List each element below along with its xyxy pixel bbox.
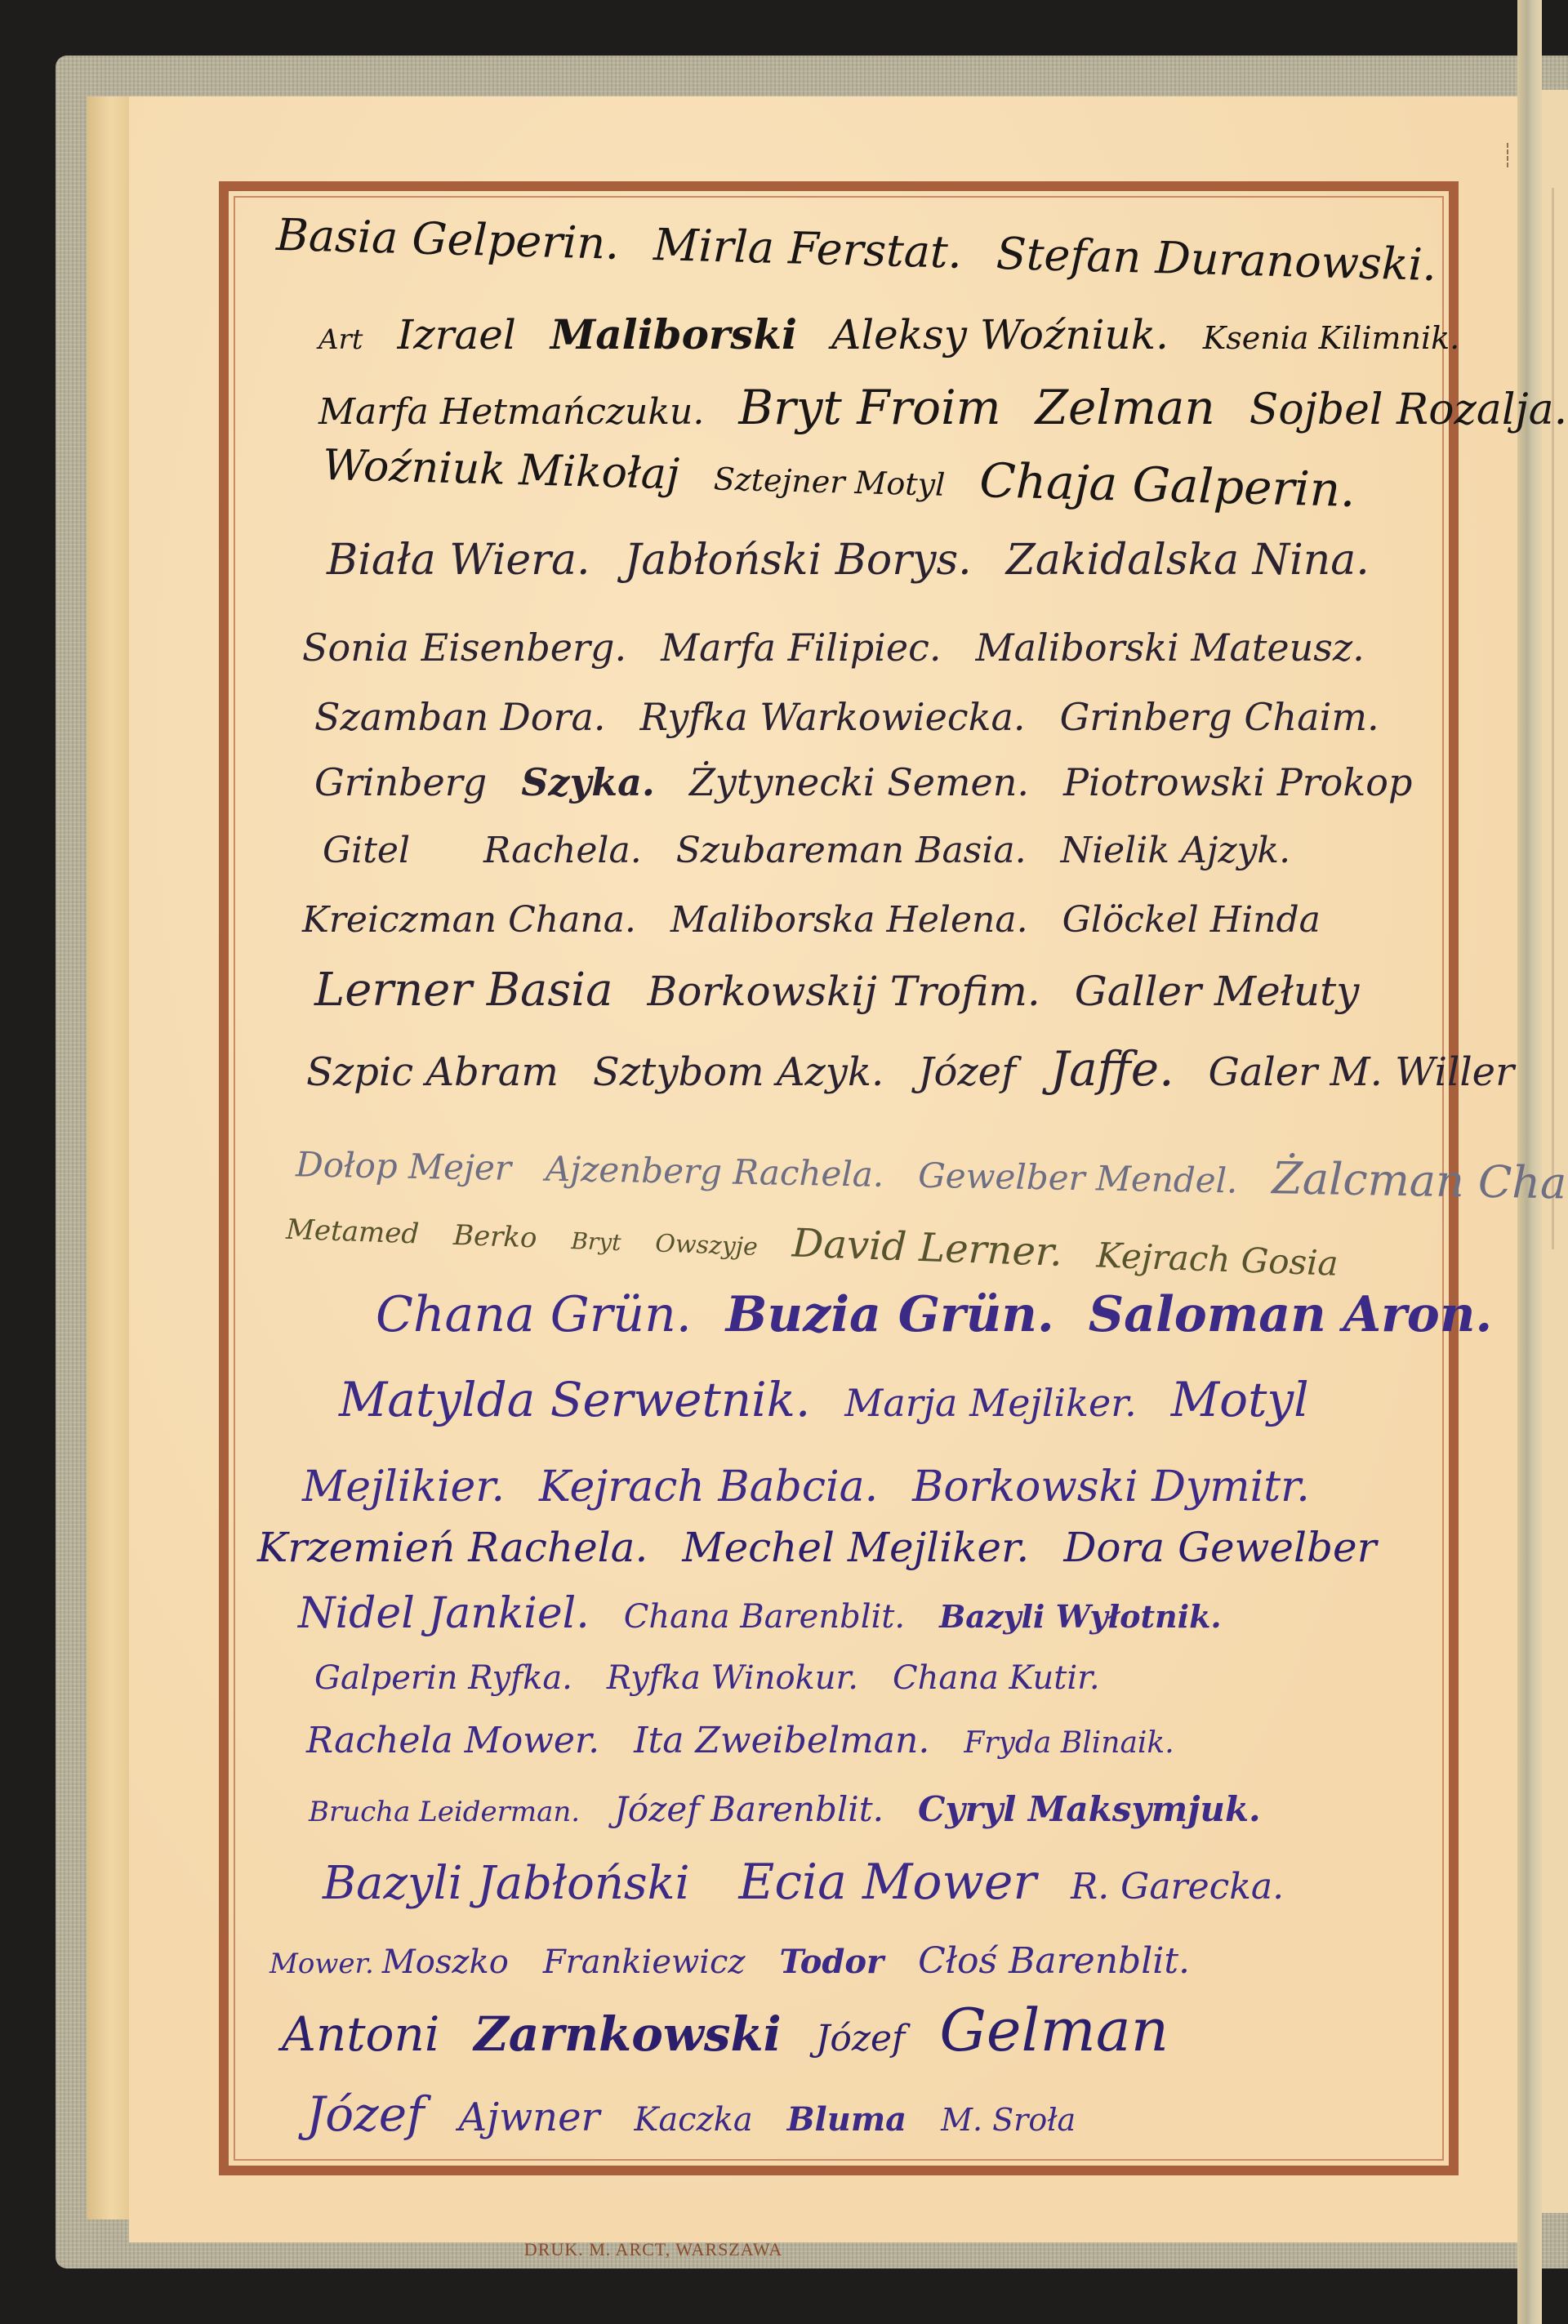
signature: Mechel Mejliker. (682, 1527, 1029, 1568)
signature: Bluma (787, 2104, 906, 2136)
signature: Grinberg (314, 764, 487, 801)
signature: Maliborski (550, 314, 797, 355)
signature-line-16: Matylda Serwetnik.Marja Mejliker.Motyl (339, 1376, 1343, 1423)
signature: Grinberg Chaim. (1060, 698, 1379, 736)
signature-line-10: Kreiczman Chana.Maliborska Helena.Glöcke… (302, 902, 1355, 938)
signature: Cłoś Barenblit. (918, 1943, 1190, 1979)
signature: Bazyli Wyłotnik. (939, 1601, 1222, 1632)
signature: Sojbel Rozalja. (1249, 389, 1567, 431)
signature: Chana Kutir. (893, 1662, 1100, 1694)
signature-line-3: Marfa Hetmańczuku.Bryt FroimZelmanSojbel… (318, 384, 1568, 431)
signature: Jabłoński Borys. (625, 539, 972, 581)
pencil-mark (1507, 143, 1513, 167)
signature-line-7: Szamban Dora.Ryfka Warkowiecka.Grinberg … (314, 698, 1414, 736)
signature: Żytynecki Semen. (689, 764, 1029, 801)
signature: R. Garecka. (1071, 1869, 1284, 1905)
signature: Glöckel Hinda (1062, 902, 1321, 938)
signature-line-12: Szpic AbramSztybom Azyk.JózefJaffe.Galer… (306, 1045, 1548, 1093)
signature: Ryfka Warkowiecka. (640, 698, 1026, 736)
signature-line-5: Biała Wiera.Jabłoński Borys.Zakidalska N… (327, 539, 1404, 581)
signature: Szamban Dora. (314, 698, 606, 736)
signature-line-23: Bazyli JabłońskiEcia MowerR. Garecka. (323, 1858, 1318, 1907)
signature: Żalcman Chaim. (1272, 1156, 1568, 1207)
signature: Bazyli Jabłoński (323, 1861, 690, 1907)
signature: M. Sroła (941, 2104, 1076, 2135)
signature: Zakidalska Nina. (1006, 539, 1370, 581)
signature: Aleksy Woźniuk. (831, 314, 1169, 355)
signature-line-20: Galperin Ryfka.Ryfka Winokur.Chana Kutir… (314, 1662, 1134, 1694)
signature: Mejlikier. (302, 1466, 505, 1508)
signature: Izrael (397, 314, 515, 355)
signature: Saloman Aron. (1089, 1290, 1493, 1339)
signature-line-24: Mower.MoszkoFrankiewiczTodorCłoś Barenbl… (269, 1943, 1224, 1979)
signature: Todor (780, 1946, 884, 1979)
signature: Józef (918, 1053, 1016, 1092)
signature: Antoni (282, 2010, 439, 2058)
signature: David Lerner. (791, 1223, 1063, 1272)
signature: Piotrowski Prokop (1063, 764, 1412, 801)
signature-line-8: GrinbergSzyka.Żytynecki Semen.Piotrowski… (314, 764, 1446, 801)
signature: Ajzenberg Rachela. (546, 1152, 884, 1192)
signature: Józef (306, 2090, 425, 2138)
signature: Ksenia Kilimnik. (1203, 323, 1459, 354)
signature-line-22: Brucha Leiderman.Józef Barenblit.Cyryl M… (309, 1792, 1295, 1827)
signature-line-26: JózefAjwnerKaczkaBlumaM. Sroła (306, 2090, 1110, 2138)
signature: Chana Grün. (376, 1290, 692, 1339)
signature: Maliborska Helena. (670, 902, 1028, 938)
signature: Fryda Blinaik. (964, 1729, 1174, 1758)
signature-line-2: ArtIzraelMaliborskiAleksy Woźniuk.Ksenia… (318, 314, 1494, 355)
signature: Maliborski Mateusz. (975, 629, 1364, 666)
signature: Sztybom Azyk. (593, 1053, 884, 1092)
signature: Cyryl Maksymjuk. (918, 1792, 1261, 1827)
signature: Chana Barenblit. (624, 1601, 905, 1633)
signature: Józef Barenblit. (614, 1792, 884, 1827)
signature-line-21: Rachela Mower.Ita Zweibelman.Fryda Blina… (306, 1723, 1209, 1759)
signature: Buzia Grün. (726, 1290, 1054, 1339)
signature-line-9: GitelRachela.Szubareman Basia.Nielik Ajz… (323, 833, 1325, 869)
signature-line-19: Nidel Jankiel.Chana Barenblit.Bazyli Wył… (298, 1592, 1256, 1635)
signature: Marja Mejliker. (844, 1384, 1137, 1422)
signature: Mirla Ferstat. (653, 223, 963, 275)
signature: Kaczka (634, 2104, 752, 2136)
signature: Ecia Mower (739, 1858, 1037, 1907)
signature: Kreiczman Chana. (302, 902, 636, 938)
signature: Nidel Jankiel. (298, 1592, 590, 1635)
signature: Szyka. (521, 764, 655, 801)
signature-line-15: Chana Grün.Buzia Grün.Saloman Aron. (376, 1290, 1526, 1339)
signature: Zelman (1036, 384, 1215, 431)
signature: Biała Wiera. (327, 539, 590, 581)
signature: Ryfka Winokur. (607, 1662, 858, 1694)
signature: Mower. (269, 1950, 374, 1978)
signature: Ita Zweibelman. (634, 1723, 929, 1759)
signature: Szpic Abram (306, 1053, 559, 1092)
signature: Szubareman Basia. (676, 833, 1027, 869)
signature: Chaja Galperin. (979, 456, 1356, 514)
signature: Matylda Serwetnik. (339, 1376, 810, 1423)
next-page-decoration (1552, 188, 1568, 1249)
signature: Frankiewicz (543, 1946, 746, 1979)
signature: Galperin Ryfka. (314, 1662, 572, 1694)
signature: Gewelber Mendel. (918, 1159, 1238, 1199)
signature-line-11: Lerner BasiaBorkowskij Trofim.Galler Meł… (314, 968, 1393, 1013)
signature: Marfa Filipiec. (661, 629, 941, 666)
signature: Galler Mełuty (1075, 971, 1360, 1012)
signature: Lerner Basia (314, 968, 612, 1013)
signature: Stefan Duranowski. (996, 232, 1437, 287)
signature: Moszko (382, 1946, 509, 1979)
signature: Gitel (323, 833, 410, 869)
signature: Rachela Mower. (306, 1723, 599, 1759)
signature: Jaffe. (1050, 1045, 1174, 1093)
printer-mark: DRUK. M. ARCT, WARSZAWA (0, 2239, 1437, 2260)
signature: Ajwner (459, 2098, 600, 2137)
signature-line-17: Mejlikier.Kejrach Babcia.Borkowski Dymit… (302, 1466, 1344, 1508)
signature: Dora Gewelber (1063, 1527, 1376, 1568)
signature: Borkowskij Trofim. (647, 971, 1040, 1012)
signature: Gelman (939, 2001, 1169, 2059)
signature: Sonia Eisenberg. (302, 629, 626, 666)
signature: Nielik Ajzyk. (1061, 833, 1291, 869)
signature: Zarnkowski (474, 2010, 781, 2058)
signature: Krzemień Rachela. (257, 1527, 648, 1568)
signature: Dołop Mejer (296, 1147, 512, 1186)
signature: Kejrach Babcia. (539, 1466, 878, 1508)
signature: Kejrach Gosia (1096, 1238, 1339, 1280)
signature: Art (318, 326, 363, 354)
signature: Berko (453, 1222, 538, 1253)
signature: Motyl (1171, 1376, 1309, 1423)
signature: Bryt Froim (738, 384, 1000, 431)
signature: Marfa Hetmańczuku. (318, 394, 704, 430)
signature: Brucha Leiderman. (309, 1798, 580, 1826)
signature: Bryt (571, 1230, 621, 1254)
signature: Woźniuk Mikołaj (322, 444, 679, 496)
signature: Józef (816, 2021, 906, 2057)
signature-line-18: Krzemień Rachela.Mechel Mejliker.Dora Ge… (257, 1527, 1411, 1568)
signature: Sztejner Motyl (713, 463, 945, 500)
signature: Borkowski Dymitr. (912, 1466, 1310, 1508)
signature: Basia Gelperin. (276, 213, 620, 266)
signature-line-6: Sonia Eisenberg.Marfa Filipiec.Maliborsk… (302, 629, 1399, 666)
signature: Owszyje (655, 1232, 758, 1260)
signature: Rachela. (483, 833, 642, 869)
signature: Metamed (286, 1216, 420, 1249)
page-edges (87, 96, 136, 2219)
signature: Galer M. Willer (1209, 1053, 1514, 1092)
signature-line-25: AntoniZarnkowskiJózefGelman (282, 2001, 1203, 2059)
